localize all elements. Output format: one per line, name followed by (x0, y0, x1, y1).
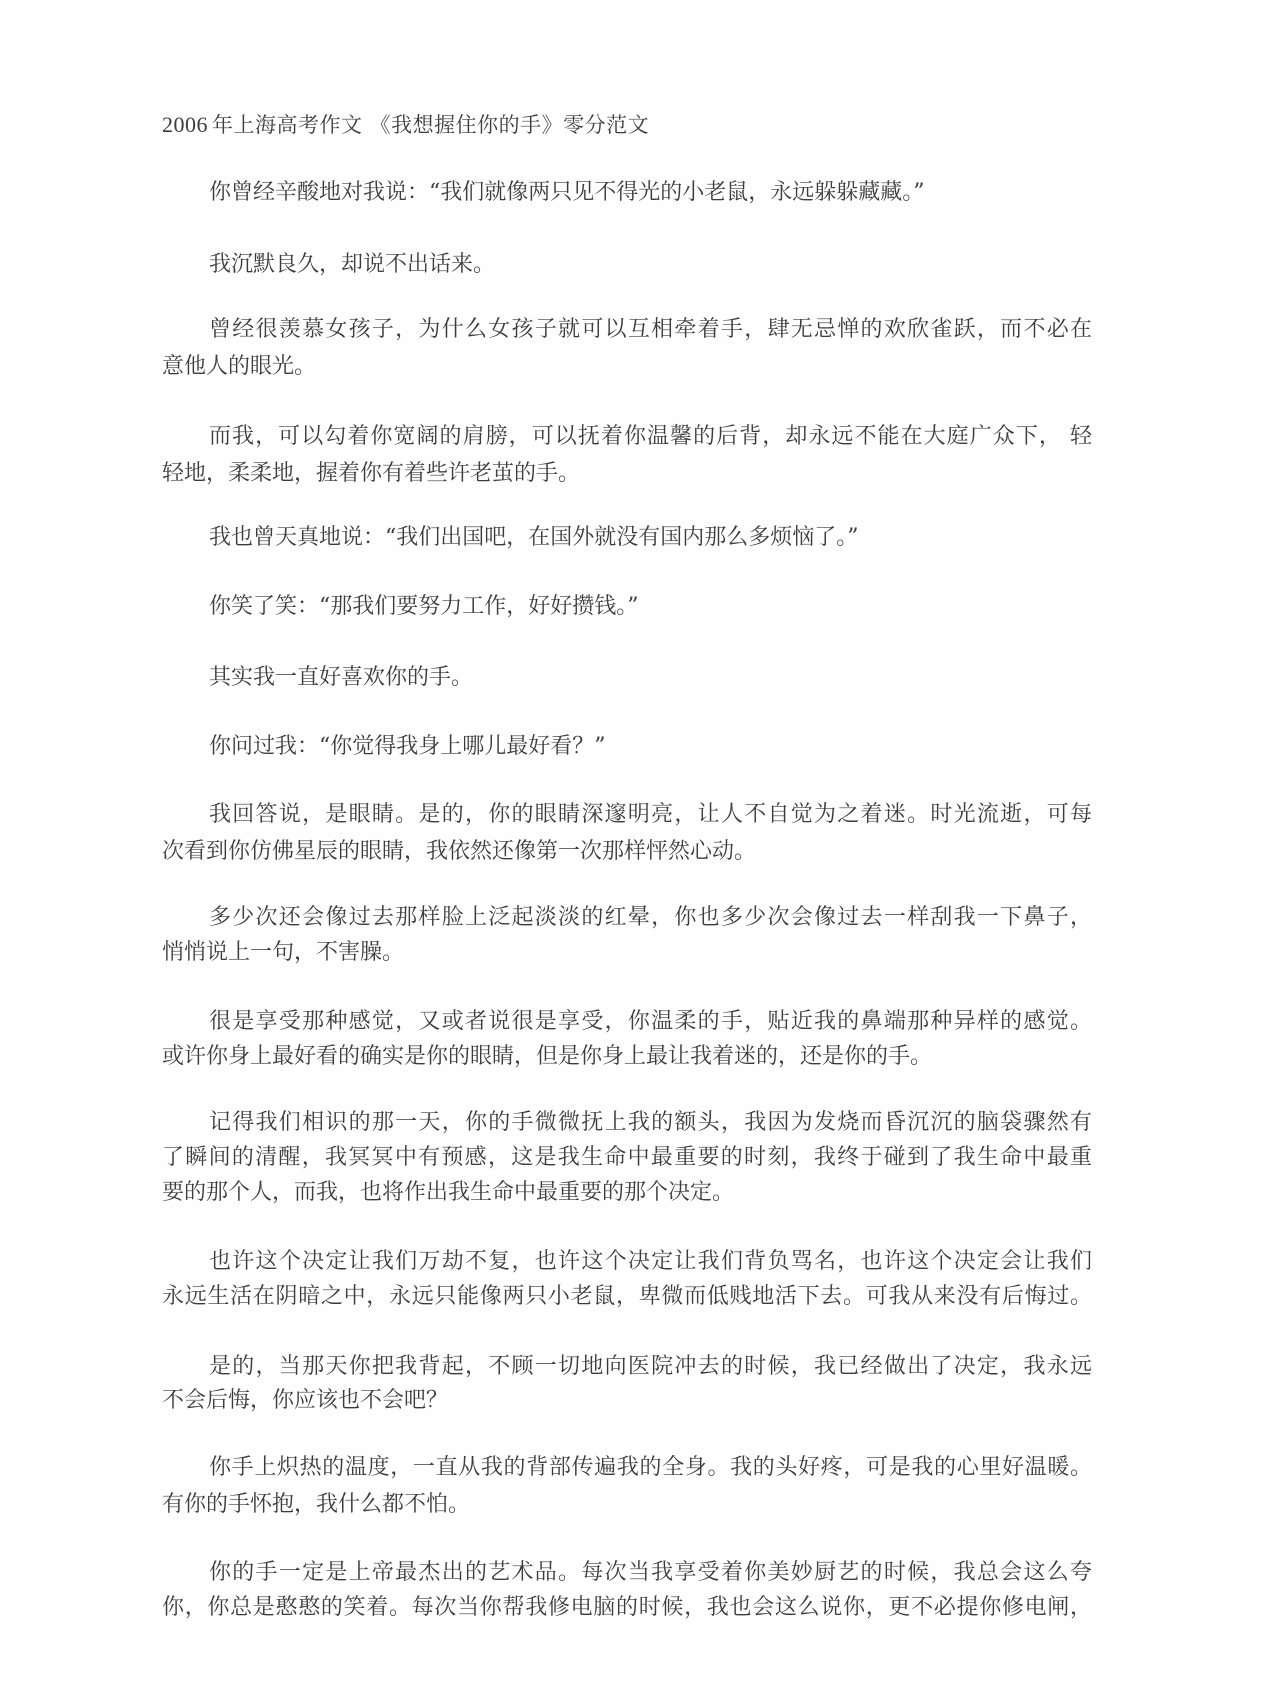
document-title: 2006年上海高考作文 《我想握住你的手》零分范文 (162, 111, 649, 139)
scanned-document-page: 2006年上海高考作文 《我想握住你的手》零分范文 你曾经辛酸地对我说：“我们就… (0, 0, 1280, 1706)
paragraph-15-line-2: 有你的手怀抱，我什么都不怕。 (162, 1490, 1092, 1520)
paragraph-3-line-2: 意他人的眼光。 (162, 352, 1092, 382)
paragraph-8-line-1: 你问过我：“你觉得我身上哪儿最好看？” (209, 732, 1092, 762)
paragraph-11-line-2: 或许你身上最好看的确实是你的眼睛，但是你身上最让我着迷的，还是你的手。 (162, 1042, 1092, 1072)
paragraph-4-line-2: 轻地，柔柔地，握着你有着些许老茧的手。 (162, 459, 1092, 489)
paragraph-4-line-1: 而我，可以勾着你宽阔的肩膀，可以抚着你温馨的后背，却永远不能在大庭广众下， 轻 (209, 422, 1092, 452)
paragraph-12-line-2: 了瞬间的清醒，我冥冥中有预感，这是我生命中最重要的时刻，我终于碰到了我生命中最重 (162, 1143, 1092, 1173)
paragraph-11-line-1: 很是享受那种感觉，又或者说很是享受，你温柔的手，贴近我的鼻端那种异样的感觉。 (209, 1007, 1092, 1037)
paragraph-3-line-1: 曾经很羡慕女孩子，为什么女孩子就可以互相牵着手，肆无忌惮的欢欣雀跃，而不必在 (209, 315, 1092, 345)
paragraph-13-line-1: 也许这个决定让我们万劫不复，也许这个决定让我们背负骂名，也许这个决定会让我们 (209, 1247, 1092, 1277)
paragraph-9-line-1: 我回答说，是眼睛。是的，你的眼睛深邃明亮，让人不自觉为之着迷。时光流逝，可每 (209, 800, 1092, 830)
paragraph-10-line-2: 悄悄说上一句，不害臊。 (162, 938, 1092, 968)
paragraph-16-line-1: 你的手一定是上帝最杰出的艺术品。每次当我享受着你美妙厨艺的时候，我总会这么夸 (209, 1558, 1092, 1588)
paragraph-14-line-1: 是的，当那天你把我背起，不顾一切地向医院冲去的时候，我已经做出了决定，我永远 (209, 1352, 1092, 1382)
paragraph-2-line-1: 我沉默良久，却说不出话来。 (209, 250, 1092, 280)
paragraph-15-line-1: 你手上炽热的温度，一直从我的背部传遍我的全身。我的头好疼，可是我的心里好温暖。 (209, 1453, 1092, 1483)
title-text: 年上海高考作文 《我想握住你的手》零分范文 (212, 113, 649, 137)
paragraph-14-line-2: 不会后悔，你应该也不会吧？ (162, 1386, 1092, 1416)
paragraph-12-line-1: 记得我们相识的那一天，你的手微微抚上我的额头，我因为发烧而昏沉沉的脑袋骤然有 (209, 1108, 1092, 1138)
paragraph-16-line-2: 你，你总是憨憨的笑着。每次当你帮我修电脑的时候，我也会这么说你，更不必提你修电闸… (162, 1593, 1092, 1623)
paragraph-13-line-2: 永远生活在阴暗之中，永远只能像两只小老鼠，卑微而低贱地活下去。可我从来没有后悔过… (162, 1282, 1092, 1312)
paragraph-6-line-1: 你笑了笑：“那我们要努力工作，好好攒钱。” (209, 592, 1092, 622)
title-year: 2006 (162, 112, 208, 137)
paragraph-1-line-1: 你曾经辛酸地对我说：“我们就像两只见不得光的小老鼠，永远躲躲藏藏。” (209, 178, 1092, 208)
paragraph-12-line-3: 要的那个人，而我，也将作出我生命中最重要的那个决定。 (162, 1178, 1092, 1208)
paragraph-9-line-2: 次看到你仿佛星辰的眼睛，我依然还像第一次那样怦然心动。 (162, 837, 1092, 867)
paragraph-5-line-1: 我也曾天真地说：“我们出国吧，在国外就没有国内那么多烦恼了。” (209, 523, 1092, 553)
paragraph-7-line-1: 其实我一直好喜欢你的手。 (209, 663, 1092, 693)
paragraph-10-line-1: 多少次还会像过去那样脸上泛起淡淡的红晕，你也多少次会像过去一样刮我一下鼻子， (209, 903, 1092, 933)
